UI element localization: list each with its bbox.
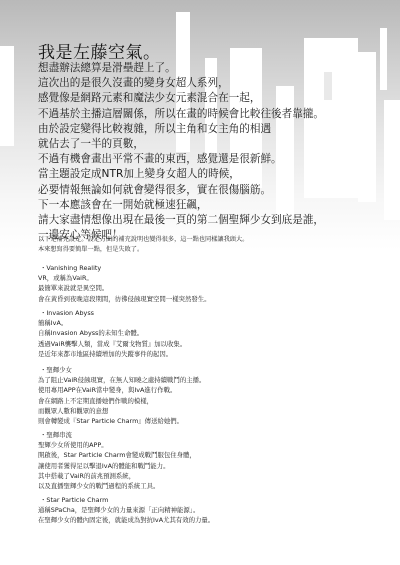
section-line: 其中搭載了VaiR的前兆預測系統， xyxy=(38,471,196,481)
note-line: 本來想寫得要簡單一點，但是失敗了。 xyxy=(38,245,248,255)
intro-line: 當主題設定成NTR加上變身女超人的時候， xyxy=(38,167,324,182)
section-seiki-stream: ・聖輝串流 聖輝少女所使用的APP。 開啟後，Star Particle Cha… xyxy=(38,430,196,491)
intro-line: 請大家盡情想像出現在最後一頁的第二個聖輝少女到底是誰， xyxy=(38,213,324,228)
building-silhouette xyxy=(380,28,387,90)
note-line: 以下是補充設定。設定方面的補充說明也變得很多，這一點也同樣讓我頭大。 xyxy=(38,235,248,245)
section-line: 而觀眾人數和觀眾的意想 xyxy=(38,406,205,416)
section-line: 通稱SPaCha，是聖輝少女的力量來源「正向精神能源」。 xyxy=(38,505,214,515)
intro-text: 想盡辦法總算是滑壘趕上了。 這次出的是很久沒畫的變身女超人系列， 感覺像是網路元… xyxy=(38,61,324,243)
building-window xyxy=(324,72,332,100)
intro-line: 不過有機會畫出平常不畫的東西，感覺還是很新鮮。 xyxy=(38,152,324,167)
intro-line: 想盡辦法總算是滑壘趕上了。 xyxy=(38,61,324,76)
building-silhouette xyxy=(384,100,400,220)
section-heading: ・聖輝串流 xyxy=(38,430,196,440)
section-line: 以及直播聖輝少女的戰鬥過程的系統工具。 xyxy=(38,481,196,491)
section-line: VR，或稱為VaiR。 xyxy=(38,273,211,283)
intro-line: 必要情報無論如何就會變得很多，實在很傷腦筋。 xyxy=(38,183,324,198)
section-line: 使用專用APP在VaiR當中變身，與IvA進行作戰。 xyxy=(38,385,205,395)
intro-line: 感覺像是網路元素和魔法少女元素混合在一起， xyxy=(38,91,324,106)
section-line: 則會轉變成『Star Particle Charm』傳送給她們。 xyxy=(38,416,205,426)
section-invasion-abyss: ・Invasion Abyss 簡稱IvA。 自稱Invasion Abyss的… xyxy=(38,308,186,359)
intro-line: 下一本應該會在一開始就極速狂飆， xyxy=(38,198,324,213)
section-heading: ・Star Particle Charm xyxy=(38,495,214,505)
section-line: 透過VaiR襲擊人類，當成『艾爾戈物質』加以收集。 xyxy=(38,339,186,349)
section-line: 會在黃昏到夜晚這段期間，彷彿侵蝕現實空間一樣突然發生。 xyxy=(38,294,211,304)
intro-line: 不過基於主播這層關係，所以在畫的時候會比較往後者靠攏。 xyxy=(38,107,324,122)
intro-line: 就佔去了一半的頁數， xyxy=(38,137,324,152)
section-heading: ・Vanishing Reality xyxy=(38,263,211,273)
section-star-particle-charm: ・Star Particle Charm 通稱SPaCha，是聖輝少女的力量來源… xyxy=(38,495,214,526)
building-silhouette xyxy=(0,46,14,146)
section-line: 開啟後，Star Particle Charm會變成戰鬥服包住身體， xyxy=(38,450,196,460)
section-heading: ・Invasion Abyss xyxy=(38,308,186,318)
section-seiki-shoujo: ・聖輝少女 為了阻止VaiR侵蝕現實，在無人知曉之處持續戰鬥的主播。 使用專用A… xyxy=(38,365,205,426)
section-line: 是近年來都市地區持續增加的失蹤事件的起因。 xyxy=(38,349,186,359)
section-line: 聖輝少女所使用的APP。 xyxy=(38,440,196,450)
section-line: 自稱Invasion Abyss的未知生命體。 xyxy=(38,328,186,338)
building-silhouette xyxy=(358,52,376,202)
page-title: 我是左藤空氣。 xyxy=(38,38,161,63)
intro-line: 由於設定變得比較複雜，所以主角和女主角的相遇 xyxy=(38,122,324,137)
section-heading: ・聖輝少女 xyxy=(38,365,205,375)
section-line: 為了阻止VaiR侵蝕現實，在無人知曉之處持續戰鬥的主播。 xyxy=(38,375,205,385)
supplement-note: 以下是補充設定。設定方面的補充說明也變得很多，這一點也同樣讓我頭大。 本來想寫得… xyxy=(38,235,248,254)
section-vanishing-reality: ・Vanishing Reality VR，或稱為VaiR。 最簡單來說就是異空… xyxy=(38,263,211,304)
section-line: 最簡單來說就是異空間。 xyxy=(38,283,211,293)
section-line: 在聖輝少女的體內固定後，就能成為對抗IvA尤其有效的力量。 xyxy=(38,515,214,525)
intro-line: 這次出的是很久沒畫的變身女超人系列， xyxy=(38,76,324,91)
section-line: 簡稱IvA。 xyxy=(38,318,186,328)
section-line: 讓使用者獲得足以擊退IvA的體能和戰鬥能力。 xyxy=(38,461,196,471)
section-line: 會在網路上不定期直播她們作戰的模樣， xyxy=(38,396,205,406)
